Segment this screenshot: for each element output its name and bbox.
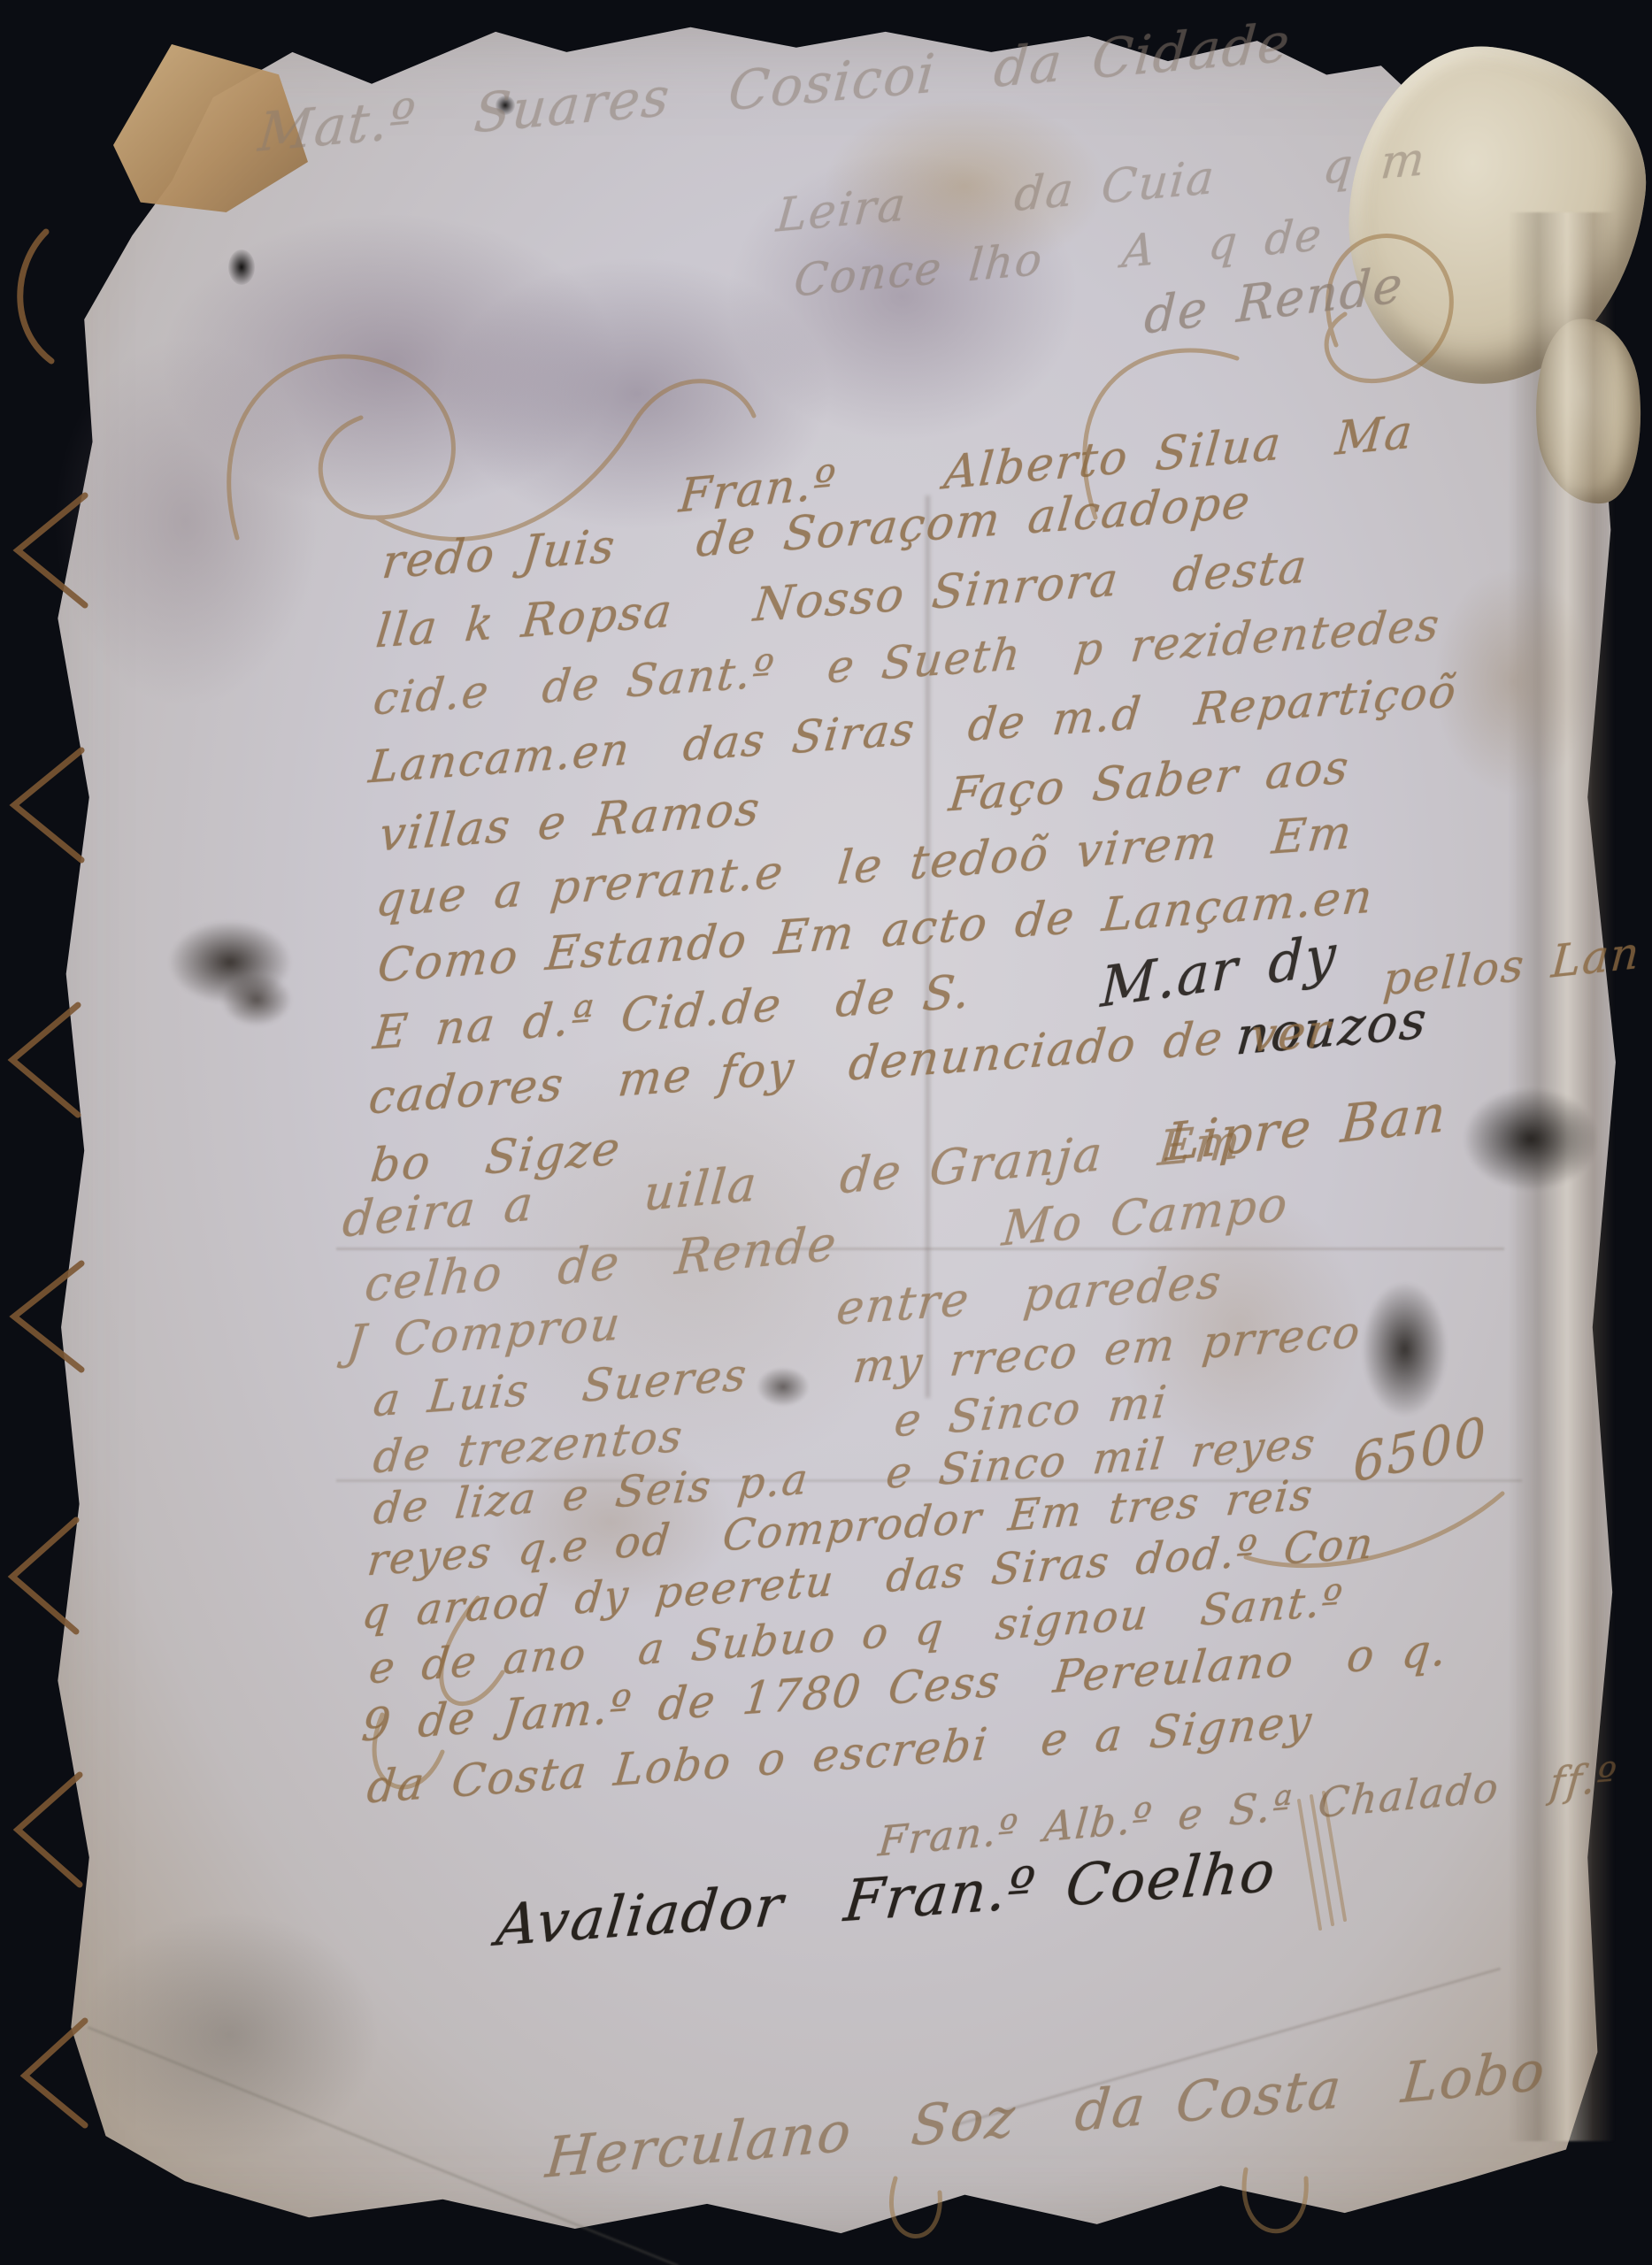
margin-amount: 6500 <box>1352 1409 1488 1490</box>
header-line: Leira da Cuia q m <box>774 136 1428 240</box>
manuscript-line: pellos Lan <box>1381 930 1641 1002</box>
bottom-signature: Herculano Soz da Costa Lobo <box>544 2043 1548 2186</box>
header-line: Mat.º Suares Cosicoi da Cidade <box>257 16 1294 160</box>
photo-canvas: Mat.º Suares Cosicoi da CidadeLeira da C… <box>0 0 1652 2265</box>
handwriting-layer: Mat.º Suares Cosicoi da CidadeLeira da C… <box>0 0 1652 2265</box>
